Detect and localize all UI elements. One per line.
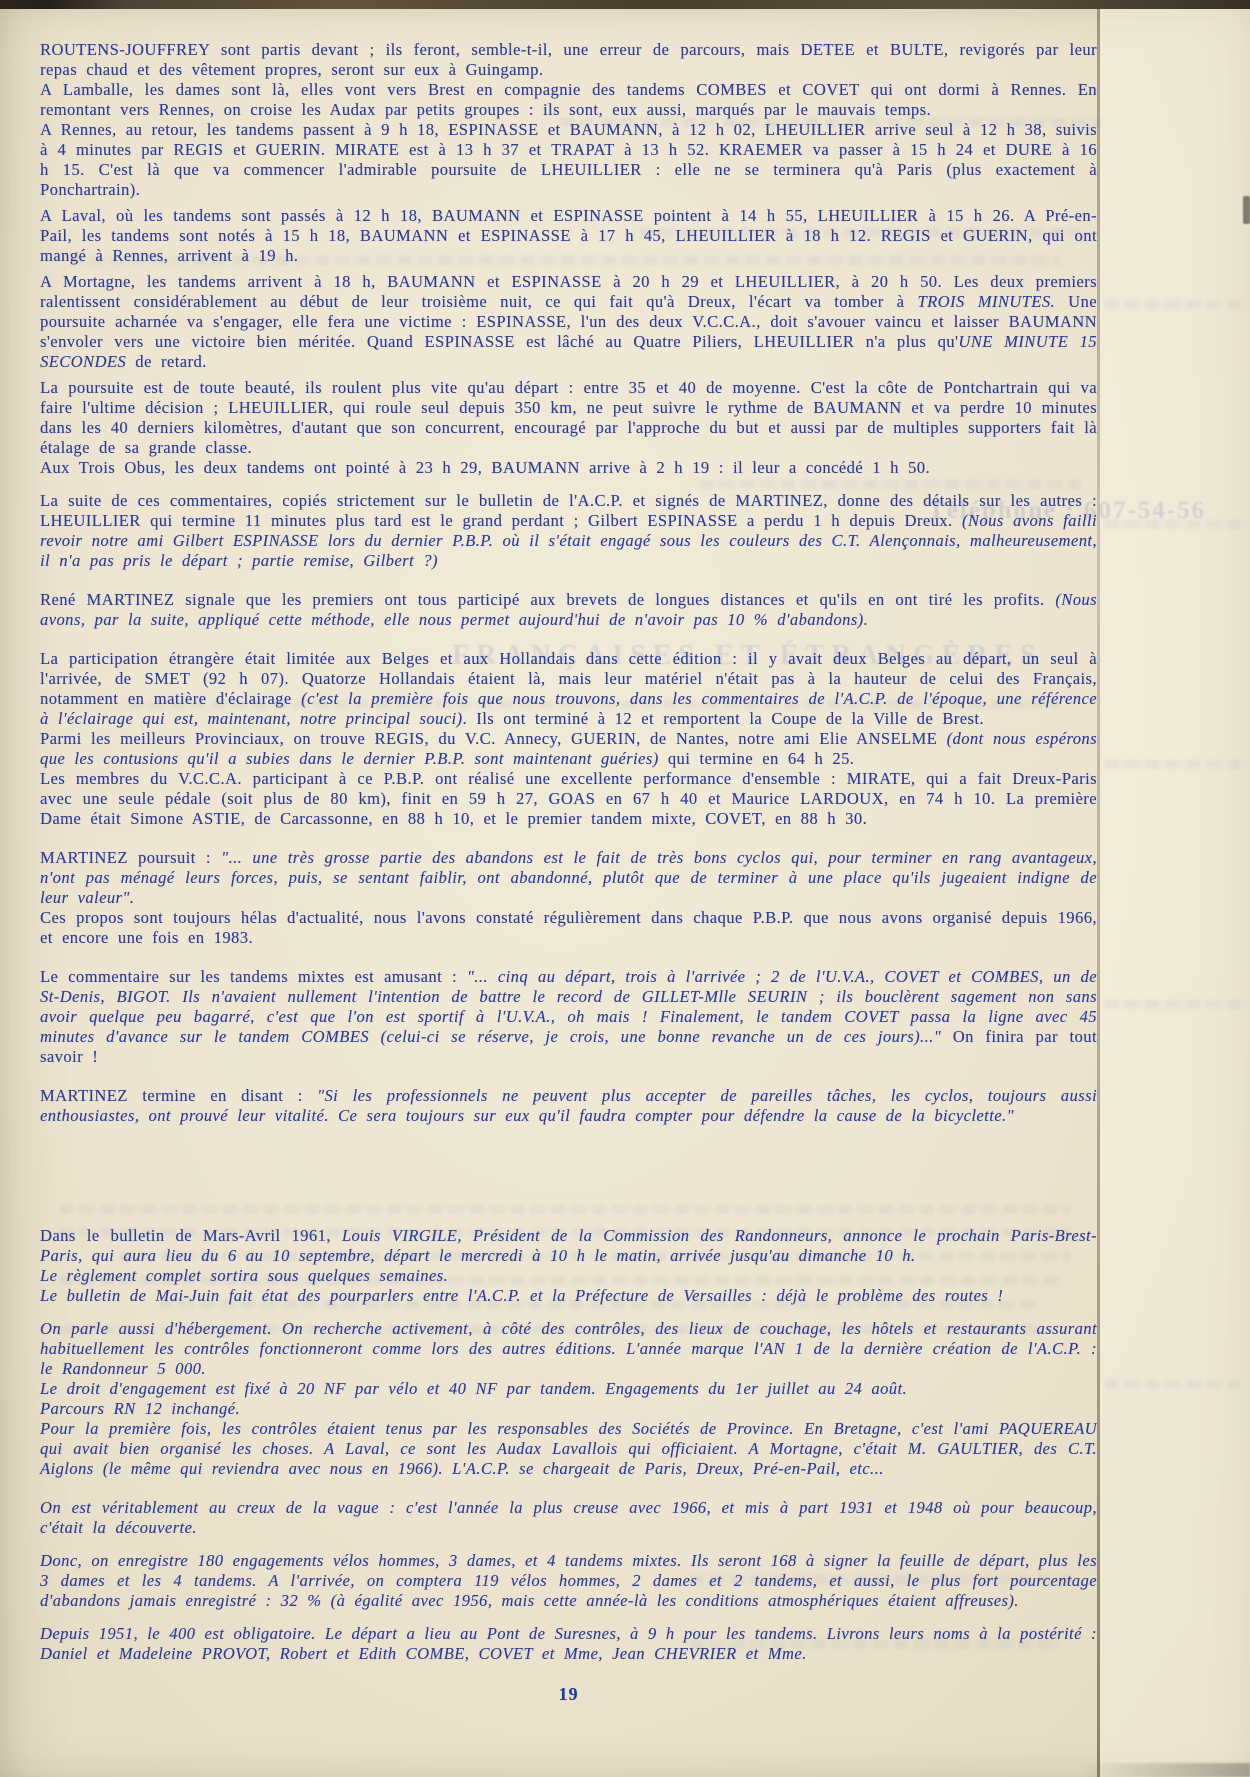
scan-artifact-mark — [1243, 196, 1250, 224]
page-number: 19 — [40, 1684, 1097, 1705]
text-segment: Parmi les meilleurs Provinciaux, on trou… — [40, 729, 947, 748]
paragraph: Ces propos sont toujours hélas d'actuali… — [40, 908, 1097, 948]
text-segment-italic: TROIS MINUTES. — [918, 292, 1056, 311]
paragraph: On parle aussi d'hébergement. On recherc… — [40, 1319, 1097, 1379]
text-segment: La suite de ces commentaires, copiés str… — [40, 491, 1097, 530]
paragraph: Aux Trois Obus, les deux tandems ont poi… — [40, 458, 1097, 478]
text-segment: ROUTENS-JOUFFREY sont partis devant ; il… — [40, 40, 1097, 79]
scan-edge-top — [0, 0, 1250, 9]
paragraph: MARTINEZ poursuit : "... une très grosse… — [40, 848, 1097, 908]
text-segment: Dans le bulletin de Mars-Avril 1961, — [40, 1226, 342, 1245]
text-segment-italic: Parcours RN 12 inchangé. — [40, 1399, 240, 1418]
paragraph: A Mortagne, les tandems arrivent à 18 h,… — [40, 272, 1097, 372]
bleedthrough-strip — [1105, 1380, 1240, 1389]
paragraph: Pour la première fois, les contrôles éta… — [40, 1419, 1097, 1479]
paragraph: Dans le bulletin de Mars-Avril 1961, Lou… — [40, 1226, 1097, 1266]
paragraph: On est véritablement au creux de la vagu… — [40, 1498, 1097, 1538]
text-segment-italic: Donc, on enregistre 180 engagements vélo… — [40, 1551, 1097, 1610]
bleedthrough-strip — [1105, 1000, 1240, 1009]
paragraph: Parcours RN 12 inchangé. — [40, 1399, 1097, 1419]
page-edge-line — [1097, 6, 1100, 1777]
paragraph: A Lamballe, les dames sont là, elles von… — [40, 80, 1097, 120]
text-segment: A Rennes, au retour, les tandems passent… — [40, 120, 1097, 199]
paragraph: Le droit d'engagement est fixé à 20 NF p… — [40, 1379, 1097, 1399]
bleedthrough-strip — [1105, 300, 1240, 309]
text-segment-italic: Le droit d'engagement est fixé à 20 NF p… — [40, 1379, 907, 1398]
scanned-page: { "document": { "kind": "scanned bulleti… — [0, 0, 1250, 1777]
paragraph: Le commentaire sur les tandems mixtes es… — [40, 967, 1097, 1067]
paragraph: Parmi les meilleurs Provinciaux, on trou… — [40, 729, 1097, 769]
paragraph: A Laval, où les tandems sont passés à 12… — [40, 206, 1097, 266]
text-segment: de retard. — [126, 352, 207, 371]
paragraph: Donc, on enregistre 180 engagements vélo… — [40, 1551, 1097, 1611]
text-segment: qui termine en 64 h 25. — [659, 749, 855, 768]
text-segment-italic: On est véritablement au creux de la vagu… — [40, 1498, 1097, 1537]
paragraph: Le règlement complet sortira sous quelqu… — [40, 1266, 1097, 1286]
paragraph: A Rennes, au retour, les tandems passent… — [40, 120, 1097, 200]
paragraph: La participation étrangère était limitée… — [40, 649, 1097, 729]
bleedthrough-strip — [1105, 760, 1240, 769]
text-segment: MARTINEZ termine en disant : — [40, 1086, 317, 1105]
text-segment-italic: Pour la première fois, les contrôles éta… — [40, 1419, 1097, 1478]
paragraph: ROUTENS-JOUFFREY sont partis devant ; il… — [40, 40, 1097, 80]
text-segment: . Ils ont terminé à 12 et remportent la … — [462, 709, 984, 728]
text-segment-italic: On parle aussi d'hébergement. On recherc… — [40, 1319, 1097, 1378]
text-segment: MARTINEZ poursuit : — [40, 848, 221, 867]
right-margin-paper — [1100, 9, 1250, 1777]
paragraph: René MARTINEZ signale que les premiers o… — [40, 590, 1097, 630]
text-segment-italic: Le règlement complet sortira sous quelqu… — [40, 1266, 448, 1285]
text-segment: René MARTINEZ signale que les premiers o… — [40, 590, 1055, 609]
text-flow: ROUTENS-JOUFFREY sont partis devant ; il… — [40, 40, 1097, 1664]
corner-shadow — [1080, 1763, 1250, 1777]
paragraph: Depuis 1951, le 400 est obligatoire. Le … — [40, 1624, 1097, 1664]
text-column: ROUTENS-JOUFFREY sont partis devant ; il… — [40, 40, 1097, 1705]
paragraph: Les membres du V.C.C.A. participant à ce… — [40, 769, 1097, 829]
text-segment: Les membres du V.C.C.A. participant à ce… — [40, 769, 1097, 828]
text-segment: La poursuite est de toute beauté, ils ro… — [40, 378, 1097, 457]
text-segment: Aux Trois Obus, les deux tandems ont poi… — [40, 458, 930, 477]
text-segment: A Lamballe, les dames sont là, elles von… — [40, 80, 1097, 119]
paragraph: La poursuite est de toute beauté, ils ro… — [40, 378, 1097, 458]
bleedthrough-strip — [1105, 520, 1240, 529]
text-segment-italic: Le bulletin de Mai-Juin fait état des po… — [40, 1286, 1003, 1305]
paragraph: La suite de ces commentaires, copiés str… — [40, 491, 1097, 571]
text-segment: A Laval, où les tandems sont passés à 12… — [40, 206, 1097, 265]
paragraph: MARTINEZ termine en disant : "Si les pro… — [40, 1086, 1097, 1126]
paragraph: Le bulletin de Mai-Juin fait état des po… — [40, 1286, 1097, 1306]
text-segment: Le commentaire sur les tandems mixtes es… — [40, 967, 467, 986]
text-segment-italic: Depuis 1951, le 400 est obligatoire. Le … — [40, 1624, 1097, 1663]
text-segment: Ces propos sont toujours hélas d'actuali… — [40, 908, 1097, 947]
